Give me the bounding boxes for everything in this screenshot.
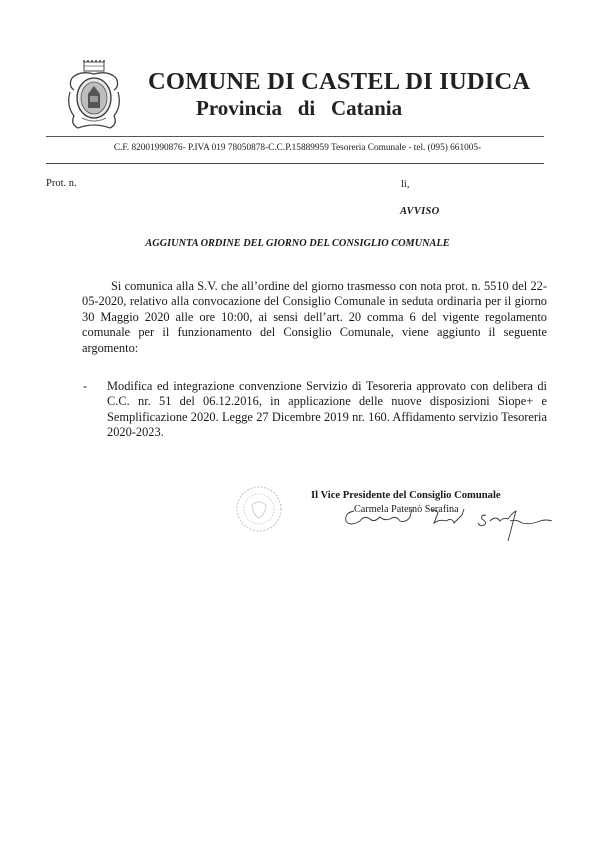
header-divider-bottom <box>46 163 544 164</box>
protocol-label: Prot. n. <box>46 178 77 189</box>
body-paragraph: Si comunica alla S.V. che all’ordine del… <box>82 279 547 356</box>
agenda-item: - Modifica ed integrazione convenzione S… <box>83 379 547 441</box>
official-seal-stamp-icon <box>235 485 283 533</box>
agenda-item-text: Modifica ed integrazione convenzione Ser… <box>107 379 547 441</box>
municipality-title: COMUNE DI CASTEL DI IUDICA <box>148 68 530 96</box>
list-bullet: - <box>83 379 87 394</box>
municipal-coat-of-arms-icon <box>66 60 122 132</box>
fiscal-info: C.F. 82001990876- P.IVA 019 78050878-C.C… <box>0 143 595 153</box>
header-divider-top <box>46 136 544 137</box>
notice-heading: AVVISO <box>400 206 440 217</box>
signatory-title: Il Vice Presidente del Consiglio Comunal… <box>311 490 501 501</box>
notice-subject: AGGIUNTA ORDINE DEL GIORNO DEL CONSIGLIO… <box>0 238 595 249</box>
notice-body: Si comunica alla S.V. che all’ordine del… <box>82 279 547 356</box>
handwritten-signature-icon <box>340 505 560 545</box>
date-label: li, <box>401 179 409 190</box>
province-subtitle: Provincia di Catania <box>196 96 402 121</box>
